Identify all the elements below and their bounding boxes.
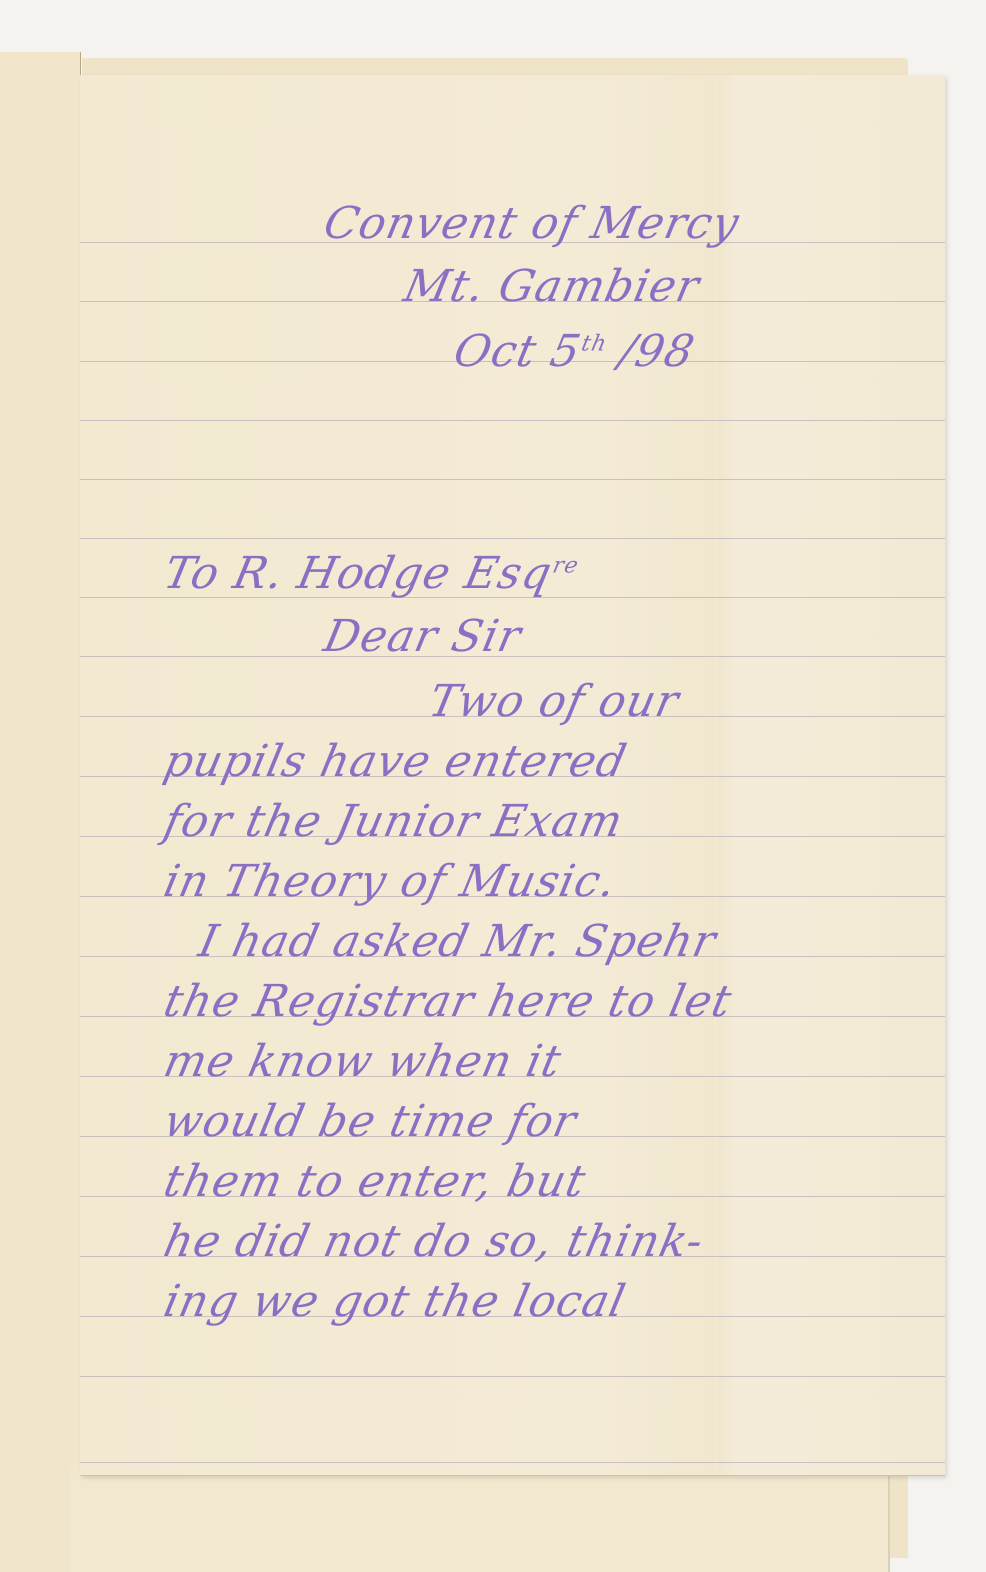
body-line: ing we got the local xyxy=(160,1280,629,1324)
ruled-line xyxy=(80,1376,945,1377)
body-line: the Registrar here to let xyxy=(160,980,736,1024)
letter-heading-town: Mt. Gambier xyxy=(400,265,703,309)
ruled-line xyxy=(80,479,945,480)
ruled-line xyxy=(80,1462,945,1463)
lower-sheet xyxy=(70,1465,890,1572)
letter-heading-place: Convent of Mercy xyxy=(320,202,743,246)
salutation: Dear Sir xyxy=(320,615,525,659)
date-day: Oct 5 xyxy=(449,326,585,377)
date-ordinal: th xyxy=(579,331,609,356)
body-line: Two of our xyxy=(425,680,683,724)
letter-date: Oct 5th /98 xyxy=(450,330,699,374)
addressee-name: To R. Hodge Esq xyxy=(159,548,556,599)
date-year: /98 xyxy=(615,326,700,377)
addressee-suffix: re xyxy=(550,553,581,578)
left-page-edge xyxy=(0,52,81,1572)
ruled-line xyxy=(80,538,945,539)
body-line: for the Junior Exam xyxy=(160,800,627,844)
body-line: he did not do so, think- xyxy=(160,1220,707,1264)
body-line: me know when it xyxy=(160,1040,565,1084)
body-line: I had asked Mr. Spehr xyxy=(195,920,720,964)
body-line: pupils have entered xyxy=(160,740,631,784)
body-line: in Theory of Music. xyxy=(160,860,620,904)
addressee: To R. Hodge Esqre xyxy=(160,552,581,596)
body-line: would be time for xyxy=(160,1100,581,1144)
ruled-line xyxy=(80,420,945,421)
body-line: them to enter, but xyxy=(160,1160,590,1204)
vertical-fold xyxy=(714,75,717,1475)
